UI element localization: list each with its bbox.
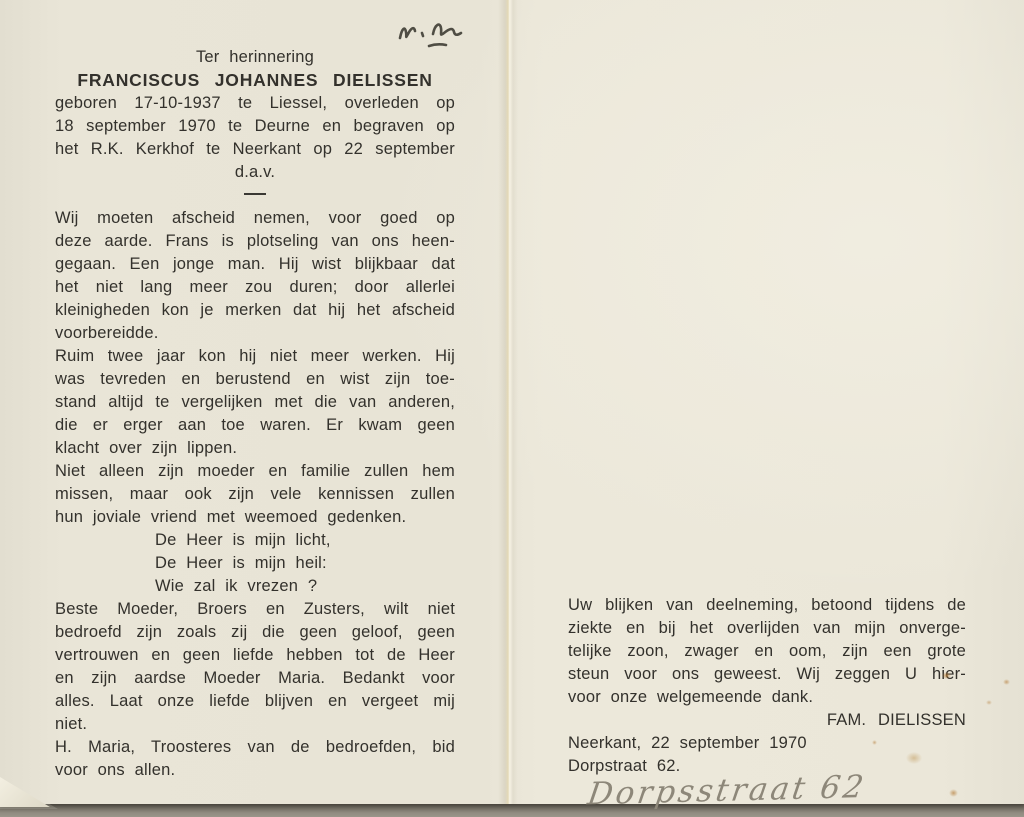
fold-crease xyxy=(498,0,518,804)
text-line: hun joviale vriend met weemoed gedenken. xyxy=(55,506,455,529)
text-line: stand altijd te vergelijken met die van … xyxy=(55,391,455,414)
place-date: Neerkant, 22 september 1970 xyxy=(568,732,966,755)
text-line: telijke zoon, zwager en oom, zijn een gr… xyxy=(568,640,966,663)
handwritten-ink-scribble xyxy=(395,12,473,54)
text-line: voor onze welgemeende dank. xyxy=(568,686,966,709)
text-line: Wij moeten afscheid nemen, voor goed op xyxy=(55,207,455,230)
text-line: Niet alleen zijn moeder en familie zulle… xyxy=(55,460,455,483)
divider-bar xyxy=(244,193,266,195)
text-line: deze aarde. Frans is plotseling van ons … xyxy=(55,230,455,253)
text-line: 18 september 1970 te Deurne en begraven … xyxy=(55,115,455,138)
text-line: voorbereidde. xyxy=(55,322,455,345)
stain-spot xyxy=(1003,679,1010,685)
text-line: vertrouwen en geen liefde hebben tot de … xyxy=(55,644,455,667)
text-line: voor ons allen. xyxy=(55,759,455,782)
deceased-name: FRANCISCUS JOHANNES DIELISSEN xyxy=(55,69,455,92)
stain-spot xyxy=(949,789,958,797)
text-line: Wie zal ik vrezen ? xyxy=(55,575,455,598)
stain-spot xyxy=(872,740,877,745)
text-line: missen, maar ook zijn vele kennissen zul… xyxy=(55,483,455,506)
text-line: het R.K. Kerkhof te Neerkant op 22 septe… xyxy=(55,138,455,161)
text-line: het niet lang meer zou duren; door aller… xyxy=(55,276,455,299)
memorial-card: Ter herinneringFRANCISCUS JOHANNES DIELI… xyxy=(0,0,1024,804)
stain-spot xyxy=(942,672,951,679)
section-divider xyxy=(55,184,455,207)
text-line: bedroefd zijn zoals zij die geen geloof,… xyxy=(55,621,455,644)
text-line: steun voor ons geweest. Wij zeggen U hie… xyxy=(568,663,966,686)
text-line: die er erger aan toe waren. Er kwam geen xyxy=(55,414,455,437)
text-line: Ruim twee jaar kon hij niet meer werken.… xyxy=(55,345,455,368)
text-line: De Heer is mijn licht, xyxy=(55,529,455,552)
text-line: kleinigheden kon je merken dat hij het a… xyxy=(55,299,455,322)
text-line: Beste Moeder, Broers en Zusters, wilt ni… xyxy=(55,598,455,621)
text-line: gegaan. Een jonge man. Hij wist blijkbaa… xyxy=(55,253,455,276)
text-line: H. Maria, Troosteres van de bedroefden, … xyxy=(55,736,455,759)
scanner-bed-strip xyxy=(0,804,1024,817)
family-signature: FAM. DIELISSEN xyxy=(568,709,966,732)
stain-spot xyxy=(906,752,922,764)
text-line: klacht over zijn lippen. xyxy=(55,437,455,460)
text-line: De Heer is mijn heil: xyxy=(55,552,455,575)
scanned-image: Ter herinneringFRANCISCUS JOHANNES DIELI… xyxy=(0,0,1024,817)
left-page-text: Ter herinneringFRANCISCUS JOHANNES DIELI… xyxy=(55,46,455,782)
right-page-text: Uw blijken van deelneming, betoond tijde… xyxy=(568,594,966,778)
text-line: Uw blijken van deelneming, betoond tijde… xyxy=(568,594,966,617)
ink-scribble-icon xyxy=(395,12,473,54)
text-line: niet. xyxy=(55,713,455,736)
text-line: en zijn aardse Moeder Maria. Bedankt voo… xyxy=(55,667,455,690)
text-line: geboren 17-10-1937 te Liessel, overleden… xyxy=(55,92,455,115)
text-line: alles. Laat onze liefde blijven en verge… xyxy=(55,690,455,713)
stain-spot xyxy=(986,700,992,705)
text-line: ziekte en bij het overlijden van mijn on… xyxy=(568,617,966,640)
text-line: was tevreden en berustend en wist zijn t… xyxy=(55,368,455,391)
text-line: d.a.v. xyxy=(55,161,455,184)
